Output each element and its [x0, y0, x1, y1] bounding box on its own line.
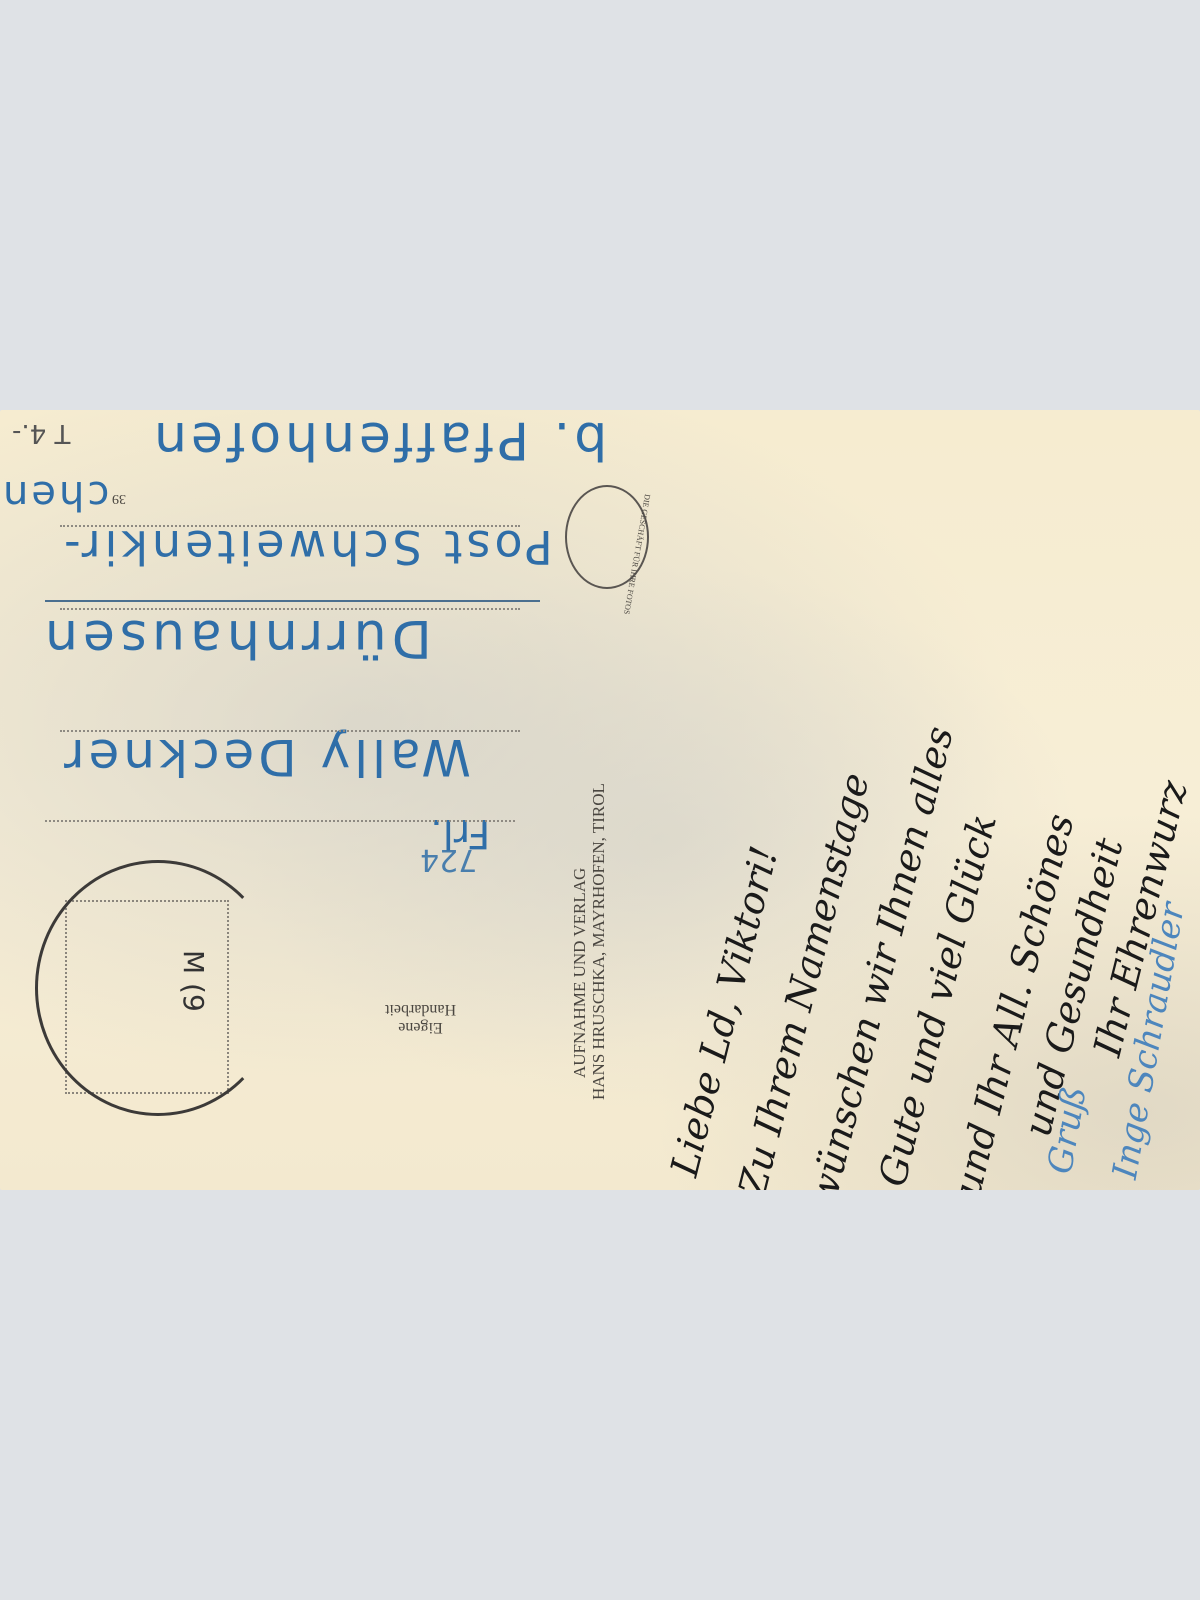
message-block: Liebe Ld, Viktori! Zu Ihrem Namenstage w…	[630, 410, 1170, 1190]
address-underline	[45, 600, 540, 602]
address-line-3	[60, 608, 520, 610]
address-post: Post Schweitenkir-	[60, 520, 553, 574]
craft-note: Eigene Handarbeit	[385, 1000, 456, 1036]
publisher-line-1: AUFNAHME UND VERLAG	[570, 783, 589, 1100]
address-line-2	[60, 730, 520, 732]
postcard-back: Frl. Wally Deckner Dürrnhausen Post Schw…	[0, 410, 1200, 1190]
address-district: b. Pfaffenhofen	[150, 410, 607, 470]
address-town: Dürrnhausen	[40, 608, 432, 668]
publisher-line-2: HANS HRUSCHKA, MAYRHOFEN, TIROL	[589, 783, 608, 1100]
address-extra-number: 724	[420, 842, 477, 877]
postmark-text: M (9	[177, 950, 210, 1012]
address-note: T 4.-	[12, 418, 70, 448]
address-name: Wally Deckner	[60, 728, 471, 786]
address-line-4	[60, 525, 520, 527]
publisher-imprint: AUFNAHME UND VERLAG HANS HRUSCHKA, MAYRH…	[570, 783, 608, 1100]
craft-note-line-1: Eigene	[385, 1018, 456, 1036]
address-line-1	[45, 820, 515, 822]
craft-note-line-2: Handarbeit	[385, 1000, 456, 1018]
address-post-continued: chen	[0, 472, 109, 518]
card-number: 39	[112, 490, 126, 506]
postmark	[35, 860, 281, 1116]
